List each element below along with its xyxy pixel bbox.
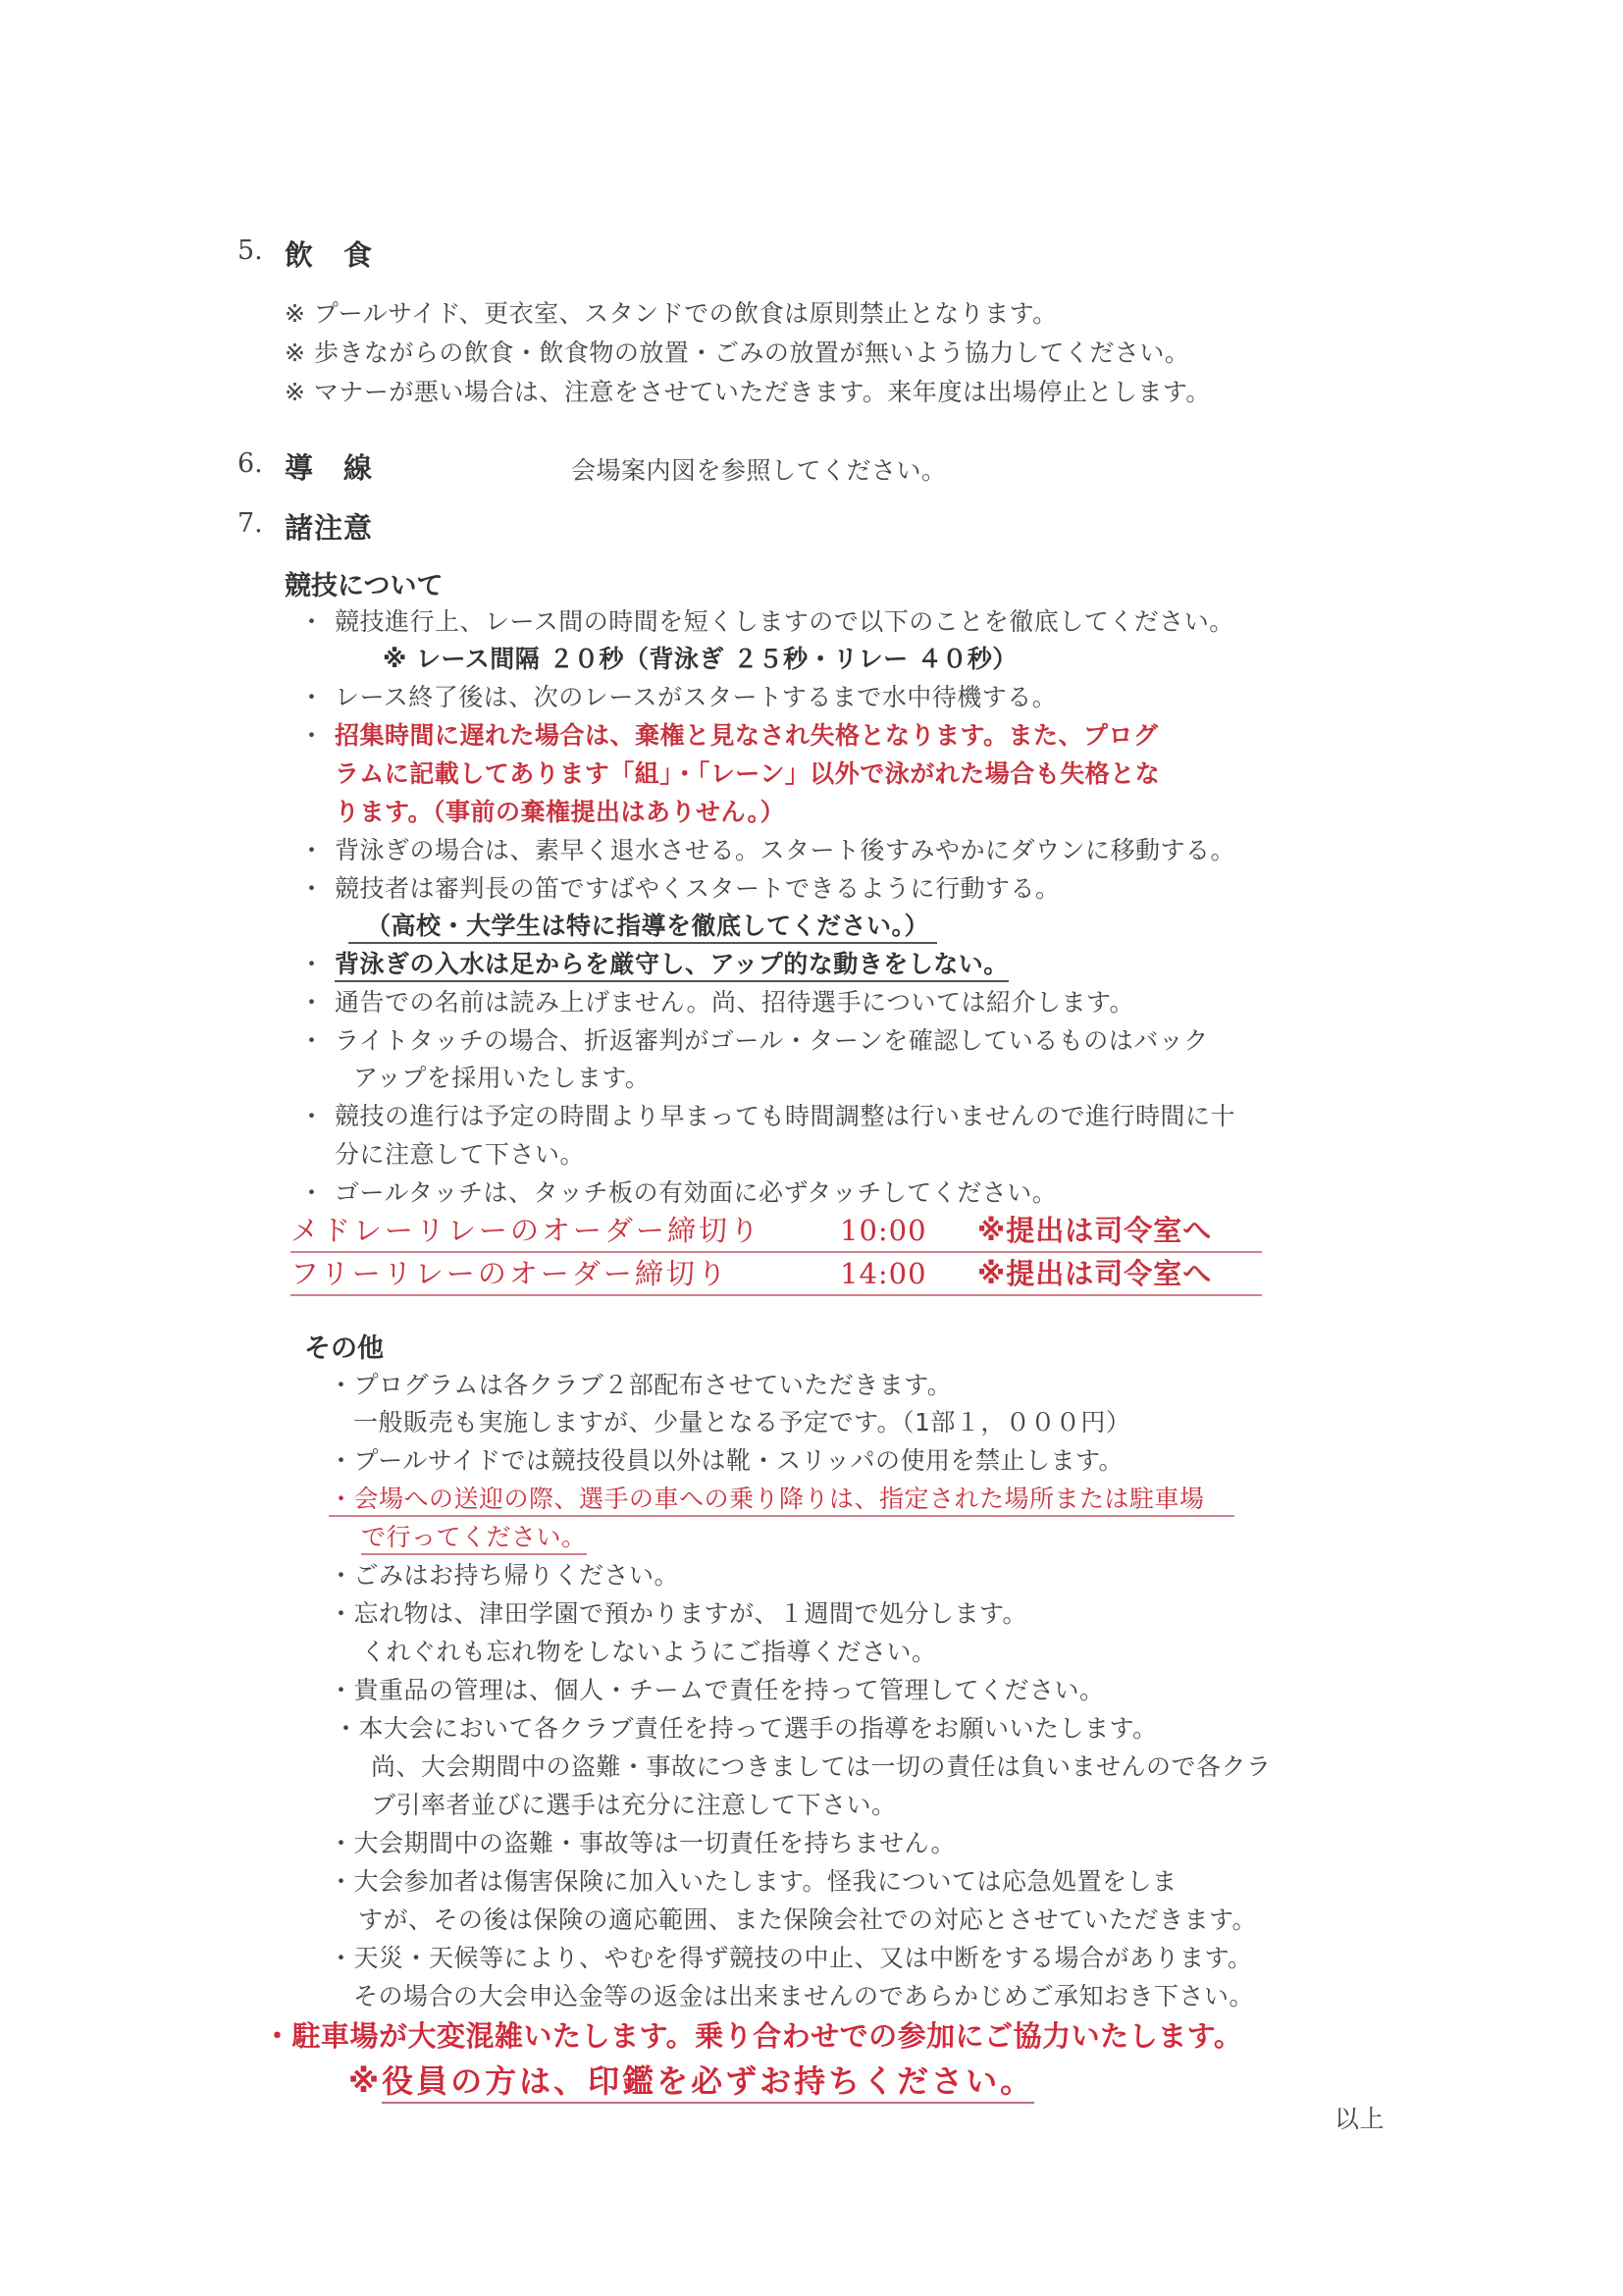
other-heading: その他 [304,1327,384,1365]
section-6-number: 6. [237,448,263,479]
reference-mark: ※ [348,2062,382,2100]
other-item-8: ・大会期間中の盗難・事故等は一切責任を持ちません。 [329,1824,956,1859]
competition-item-5: ・競技者は審判長の笛ですばやくスタートできるように行動する。 [299,869,1061,905]
free-relay-deadline: フリーリレーのオーダー締切り14:00※提出は司令室へ [290,1252,1262,1296]
other-item-7-line-3: ブ引率者並びに選手は充分に注意して下さい。 [371,1786,897,1821]
other-item-5-line-2: くれぐれも忘れ物をしないようにご指導ください。 [361,1633,937,1668]
other-item-3-line-1: ・会場への送迎の際、選手の車への乗り降りは、指定された場所または駐車場 [329,1480,1234,1515]
competition-item-5-emphasis: （高校・大学生は特に指導を徹底してください。） [348,907,937,942]
competition-item-4: ・背泳ぎの場合は、素早く退水させる。スタート後すみやかにダウンに移動する。 [299,831,1235,866]
competition-item-2: ・レース終了後は、次のレースがスタートするまで水中待機する。 [299,678,1057,713]
competition-item-8-line-2: アップを採用いたします。 [353,1059,650,1094]
other-item-4: ・ごみはお持ち帰りください。 [329,1556,679,1592]
competition-item-3-line-1: ・招集時間に遅れた場合は、棄権と見なされ失格となります。また、プログ [299,716,1159,752]
section-5-title: 飲 食 [285,234,373,274]
document-page: 5. 飲 食 ※ プールサイド、更衣室、スタンドでの飲食は原則禁止となります。 … [0,0,1623,2296]
competition-item-3-line-3: ります。（事前の棄権提出はありせん。） [335,793,785,828]
deadline-label: フリーリレーのオーダー締切り [290,1252,840,1292]
other-item-2: ・プールサイドでは競技役員以外は靴・スリッパの使用を禁止します。 [329,1441,1124,1477]
other-item-10-line-2: その場合の大会申込金等の返金は出来ませんのであらかじめご承知おき下さい。 [353,1977,1254,2012]
deadline-note: ※提出は司令室へ [977,1214,1212,1247]
medley-relay-deadline: メドレーリレーのオーダー締切り10:00※提出は司令室へ [290,1209,1262,1253]
deadline-note: ※提出は司令室へ [977,1257,1212,1290]
other-item-6: ・貴重品の管理は、個人・チームで責任を持って管理してください。 [329,1671,1105,1706]
section-6-text: 会場案内図を参照してください。 [571,451,947,487]
section-5-number: 5. [237,235,263,266]
section-5-note-3: ※ マナーが悪い場合は、注意をさせていただきます。来年度は出場停止とします。 [285,373,1211,408]
competition-item-9-line-1: ・競技の進行は予定の時間より早まっても時間調整は行いませんので進行時間に十 [299,1097,1235,1132]
competition-item-8-line-1: ・ライトタッチの場合、折返審判がゴール・ターンを確認しているものはバック [299,1021,1209,1057]
competition-item-7: ・通告での名前は読み上げません。尚、招待選手については紹介します。 [299,983,1134,1018]
other-item-10-line-1: ・天災・天候等により、やむを得ず競技の中止、又は中断をする場合があります。 [329,1939,1253,1974]
other-item-5-line-1: ・忘れ物は、津田学園で預かりますが、１週間で処分します。 [329,1594,1027,1630]
competition-item-3-line-2: ラムに記載してあります「組」・「レーン」以外で泳がれた場合も失格とな [335,755,1160,790]
competition-item-10: ・ゴールタッチは、タッチ板の有効面に必ずタッチしてください。 [299,1174,1057,1209]
race-interval-note: ※ レース間隔 ２０秒（背泳ぎ ２５秒・リレー ４０秒） [383,640,1018,675]
section-5-note-1: ※ プールサイド、更衣室、スタンドでの飲食は原則禁止となります。 [285,294,1058,330]
section-6-title: 導 線 [285,446,373,487]
other-item-1-line-1: ・プログラムは各クラブ２部配布させていただきます。 [329,1366,952,1401]
parking-notice: ・駐車場が大変混雑いたします。乗り合わせでの参加にご協力いたします。 [263,2014,1242,2055]
deadline-time: 10:00 [840,1214,977,1247]
competition-item-6: ・背泳ぎの入水は足からを厳守し、アップ的な動きをしない。 [299,945,1009,980]
competition-heading: 競技について [285,564,443,602]
other-item-9-line-1: ・大会参加者は傷害保険に加入いたします。怪我については応急処置をしま [329,1862,1178,1898]
competition-item-9-line-2: 分に注意して下さい。 [335,1135,585,1171]
other-item-3-line-2: で行ってください。 [361,1518,587,1553]
seal-notice: ※役員の方は、印鑑を必ずお持ちください。 [348,2057,1034,2102]
closing-text: 以上 [1335,2100,1385,2135]
other-item-1-line-2: 一般販売も実施しますが、少量となる予定です。（1部１，０００円） [353,1403,1130,1438]
other-item-9-line-2: すが、その後は保険の適応範囲、また保険会社での対応とさせていただきます。 [358,1901,1257,1936]
deadline-label: メドレーリレーのオーダー締切り [290,1209,840,1249]
section-7-title: 諸注意 [285,506,373,547]
competition-item-1: ・競技進行上、レース間の時間を短くしますので以下のことを徹底してください。 [299,602,1234,638]
other-item-7-line-2: 尚、大会期間中の盗難・事故につきましては一切の責任は負いませんので各クラ [371,1748,1272,1783]
deadline-time: 14:00 [840,1257,977,1290]
section-5-note-2: ※ 歩きながらの飲食・飲食物の放置・ごみの放置が無いよう協力してください。 [285,334,1189,369]
other-item-7-line-1: ・本大会において各クラブ責任を持って選手の指導をお願いいたします。 [334,1709,1158,1745]
section-7-number: 7. [237,508,263,539]
